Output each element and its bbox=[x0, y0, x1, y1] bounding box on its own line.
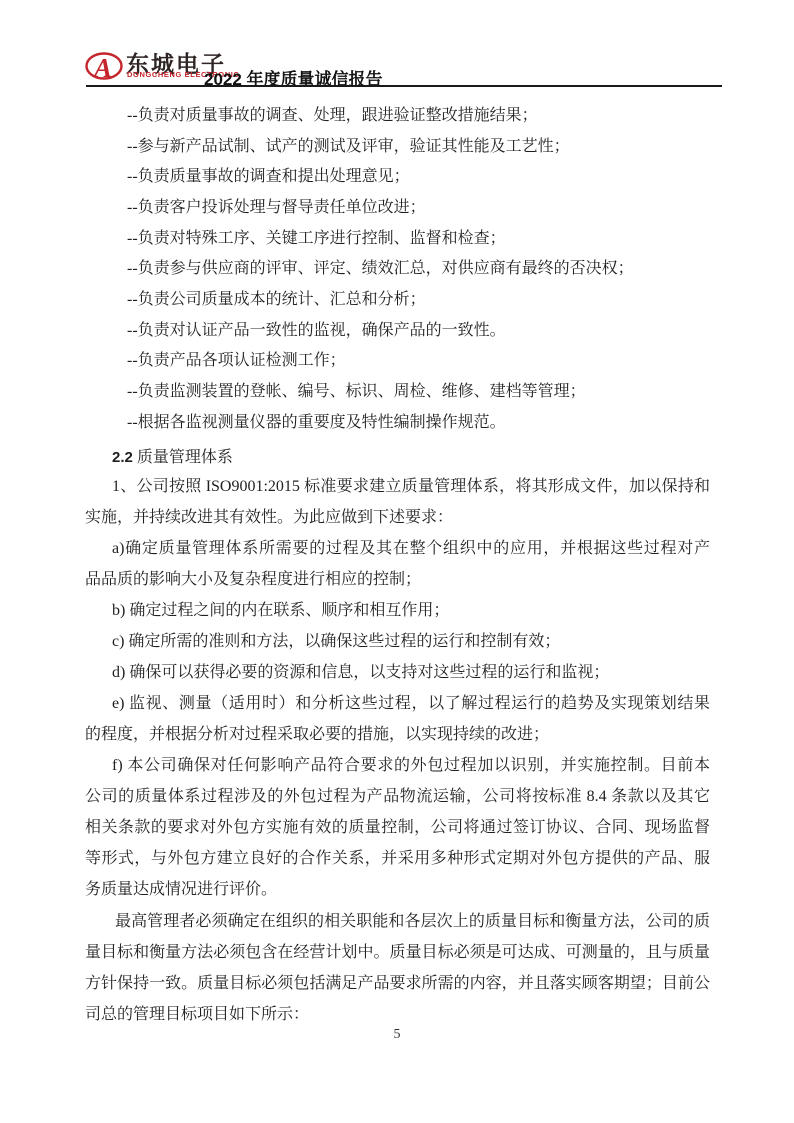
body-line: 的程度，并根据分析对过程采取必要的措施，以实现持续的改进； bbox=[85, 725, 549, 744]
bullet-line: --负责监测装置的登帐、编号、标识、周检、维修、建档等管理； bbox=[127, 382, 586, 401]
bullet-line: --负责对认证产品一致性的监视，确保产品的一致性。 bbox=[127, 321, 506, 340]
bullet-line: --负责客户投诉处理与督导责任单位改进； bbox=[127, 198, 426, 217]
body-line: c) 确定所需的准则和方法，以确保这些过程的运行和控制有效； bbox=[112, 632, 560, 651]
section-title: 质量管理体系 bbox=[137, 449, 233, 466]
bullet-line: --负责公司质量成本的统计、汇总和分析； bbox=[127, 290, 426, 309]
body-line: 务质量达成情况进行评价。 bbox=[85, 880, 277, 899]
body-line: 等形式，与外包方建立良好的合作关系，并采用多种形式定期对外包方提供的产品、服 bbox=[85, 849, 710, 869]
section-number: 2.2 bbox=[112, 449, 133, 466]
body-line: 实施，并持续改进其有效性。为此应做到下述要求： bbox=[85, 508, 453, 527]
bullet-line: --参与新产品试制、试产的测试及评审，验证其性能及工艺性； bbox=[127, 137, 570, 156]
body-line: 司总的管理目标项目如下所示： bbox=[85, 1005, 309, 1024]
body-line: 最高管理者必须确定在组织的相关职能和各层次上的质量目标和衡量方法，公司的质 bbox=[115, 912, 710, 932]
svg-text:A: A bbox=[92, 53, 112, 83]
body-line: e) 监视、测量（适用时）和分析这些过程，以了解过程运行的趋势及实现策划结果 bbox=[112, 694, 710, 714]
body-line: a)确定质量管理体系所需要的过程及其在整个组织中的应用，并根据这些过程对产 bbox=[112, 539, 710, 559]
body-line: f) 本公司确保对任何影响产品符合要求的外包过程加以识别，并实施控制。目前本 bbox=[112, 756, 710, 776]
body-line: d) 确保可以获得必要的资源和信息，以支持对这些过程的运行和监视； bbox=[112, 663, 609, 682]
body-line: 方针保持一致。质量目标必须包括满足产品要求所需的内容，并且落实顾客期望；目前公 bbox=[85, 974, 710, 994]
document-page: A 东城电子 DONGCHENG ELECTRONIC 2022 年度质量诚信报… bbox=[0, 0, 794, 1123]
bullet-line: --根据各监视测量仪器的重要度及特性编制操作规范。 bbox=[127, 413, 506, 432]
bullet-line: --负责质量事故的调查和提出处理意见； bbox=[127, 167, 410, 186]
bullet-line: --负责产品各项认证检测工作； bbox=[127, 351, 346, 370]
body-line: b) 确定过程之间的内在联系、顺序和相互作用； bbox=[112, 601, 449, 620]
bullet-line: --负责对特殊工序、关键工序进行控制、监督和检查； bbox=[127, 229, 506, 248]
header-rule bbox=[86, 85, 722, 87]
bullet-line: --负责参与供应商的评审、评定、绩效汇总，对供应商有最终的否决权； bbox=[127, 259, 634, 278]
body-line: 量目标和衡量方法必须包含在经营计划中。质量目标必须是可达成、可测量的，且与质量 bbox=[85, 943, 710, 963]
bullet-line: --负责对质量事故的调查、处理，跟进验证整改措施结果； bbox=[127, 106, 538, 125]
body-line: 公司的质量体系过程涉及的外包过程为产品物流运输，公司将按标准 8.4 条款以及其… bbox=[85, 787, 710, 807]
section-heading: 2.2 质量管理体系 bbox=[112, 444, 233, 467]
page-number: 5 bbox=[0, 1027, 794, 1043]
body-line: 1、公司按照 ISO9001:2015 标准要求建立质量管理体系，将其形成文件，… bbox=[112, 477, 710, 497]
body-line: 品品质的影响大小及复杂程度进行相应的控制； bbox=[85, 570, 421, 589]
body-line: 相关条款的要求对外包方实施有效的质量控制，公司将通过签订协议、合同、现场监督 bbox=[85, 818, 710, 838]
